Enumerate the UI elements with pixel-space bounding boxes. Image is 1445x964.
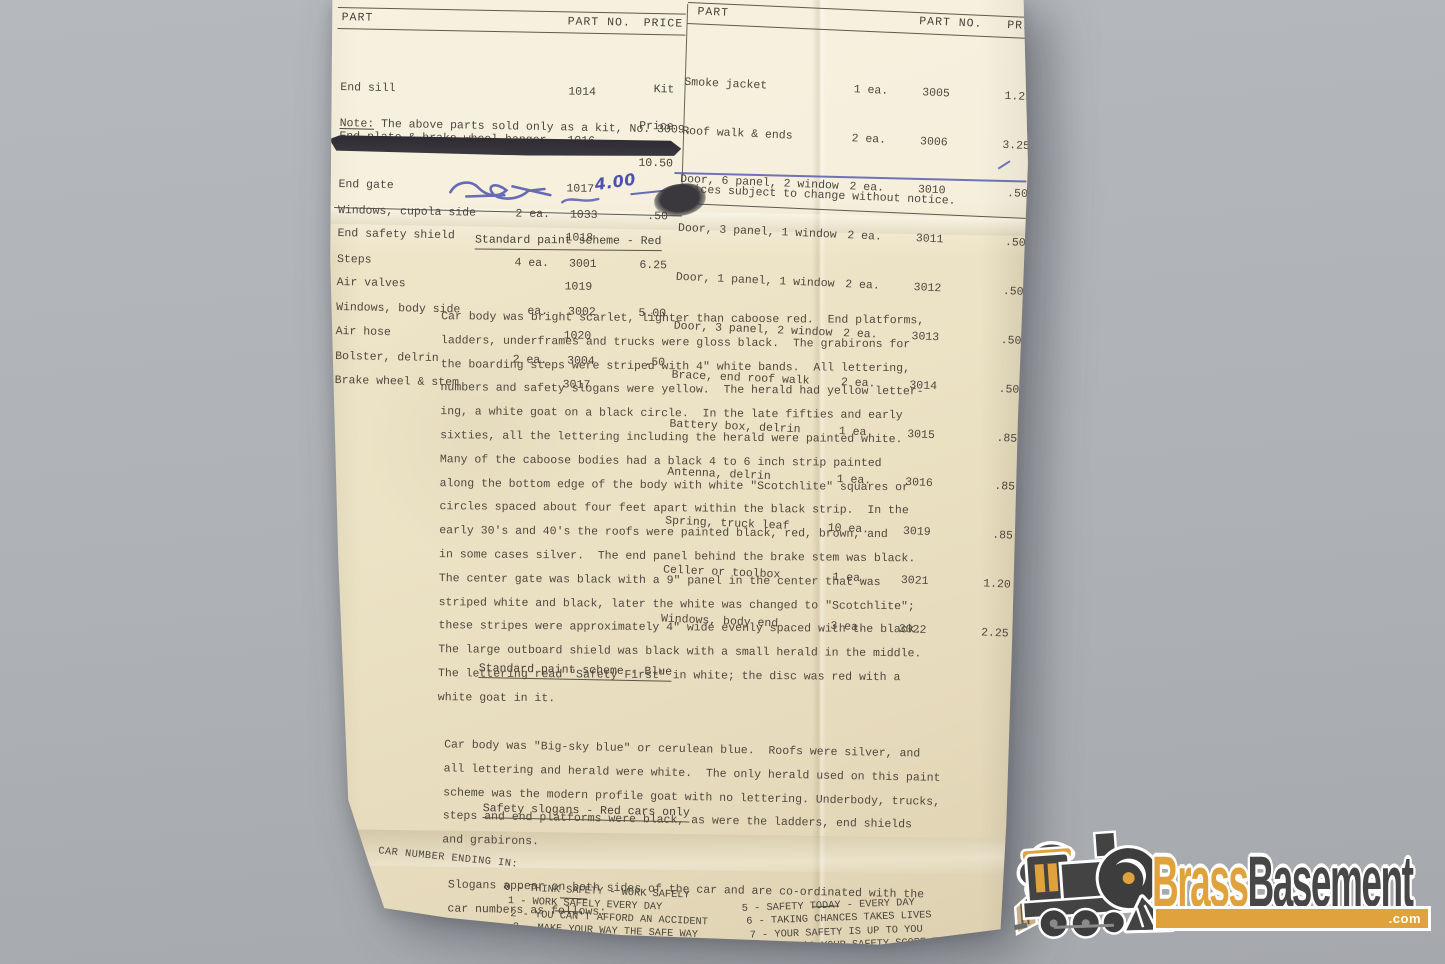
header-price: PRICE [1007,20,1057,34]
logo-tld-text: .com [1389,911,1421,926]
brassbasement-logo: BrassBasement .com [1012,818,1444,964]
pen-scribble [446,176,559,206]
handwritten-price-correction: 4.00 [594,174,637,192]
photo-scene: PART PART NO. PRICE End sill 1014 [0,0,1445,964]
slogan-list-left: 0 - THINK SAFETY - WORK SAFELY1 - WORK S… [498,842,711,956]
header-part-no: PART NO. [568,16,644,30]
table-row: Smoke jacket 1 ea. 3005 1.25 [684,77,1040,105]
parts-table-right: PART PART NO. PRICE Smoke jacket 1 ea. 3… [683,0,1044,137]
part-name: Roof walk & ends [682,126,834,145]
slogan-list-right: 5 - SAFETY TODAY - EVERY DAY6 - TAKING C… [736,854,970,964]
part-price: 3.25 [972,138,1038,153]
logo-com-bar: .com [1156,909,1428,928]
part-qty: 1 ea. [836,83,888,97]
slogan-item: 9 - BE WISE - BEWARE - BE SAFE [739,948,970,964]
part-qty: 2 ea. [488,208,550,221]
part-number: 3005 [888,86,974,102]
section-heading: Standard paint scheme - Blue [479,662,673,682]
parts-table-left: PART PART NO. PRICE End sill 1014 [334,2,685,192]
part-name: End sill [340,82,568,99]
part-price: .50 [970,187,1036,202]
section-heading: Safety slogans - Red cars only [483,802,690,822]
instruction-sheet: PART PART NO. PRICE End sill 1014 [318,0,1038,958]
paper-shadow-wrap: PART PART NO. PRICE End sill 1014 [318,0,1038,958]
header-part: PART [342,12,568,29]
pen-scribble-small [560,194,600,207]
slogan-item: 4 - THE BEST WAY IS THE SAFE WAY [498,934,707,956]
table-row: Roof walk & ends 2 ea. 3006 3.25 [682,126,1038,154]
part-number: 3006 [886,134,972,150]
part-name: Smoke jacket [684,77,836,96]
part-price: 1.25 [974,89,1040,104]
section-heading: Standard paint scheme - Red [475,233,661,251]
header-part-no: PART NO. [919,16,1007,32]
part-qty: 2 ea. [834,132,886,146]
